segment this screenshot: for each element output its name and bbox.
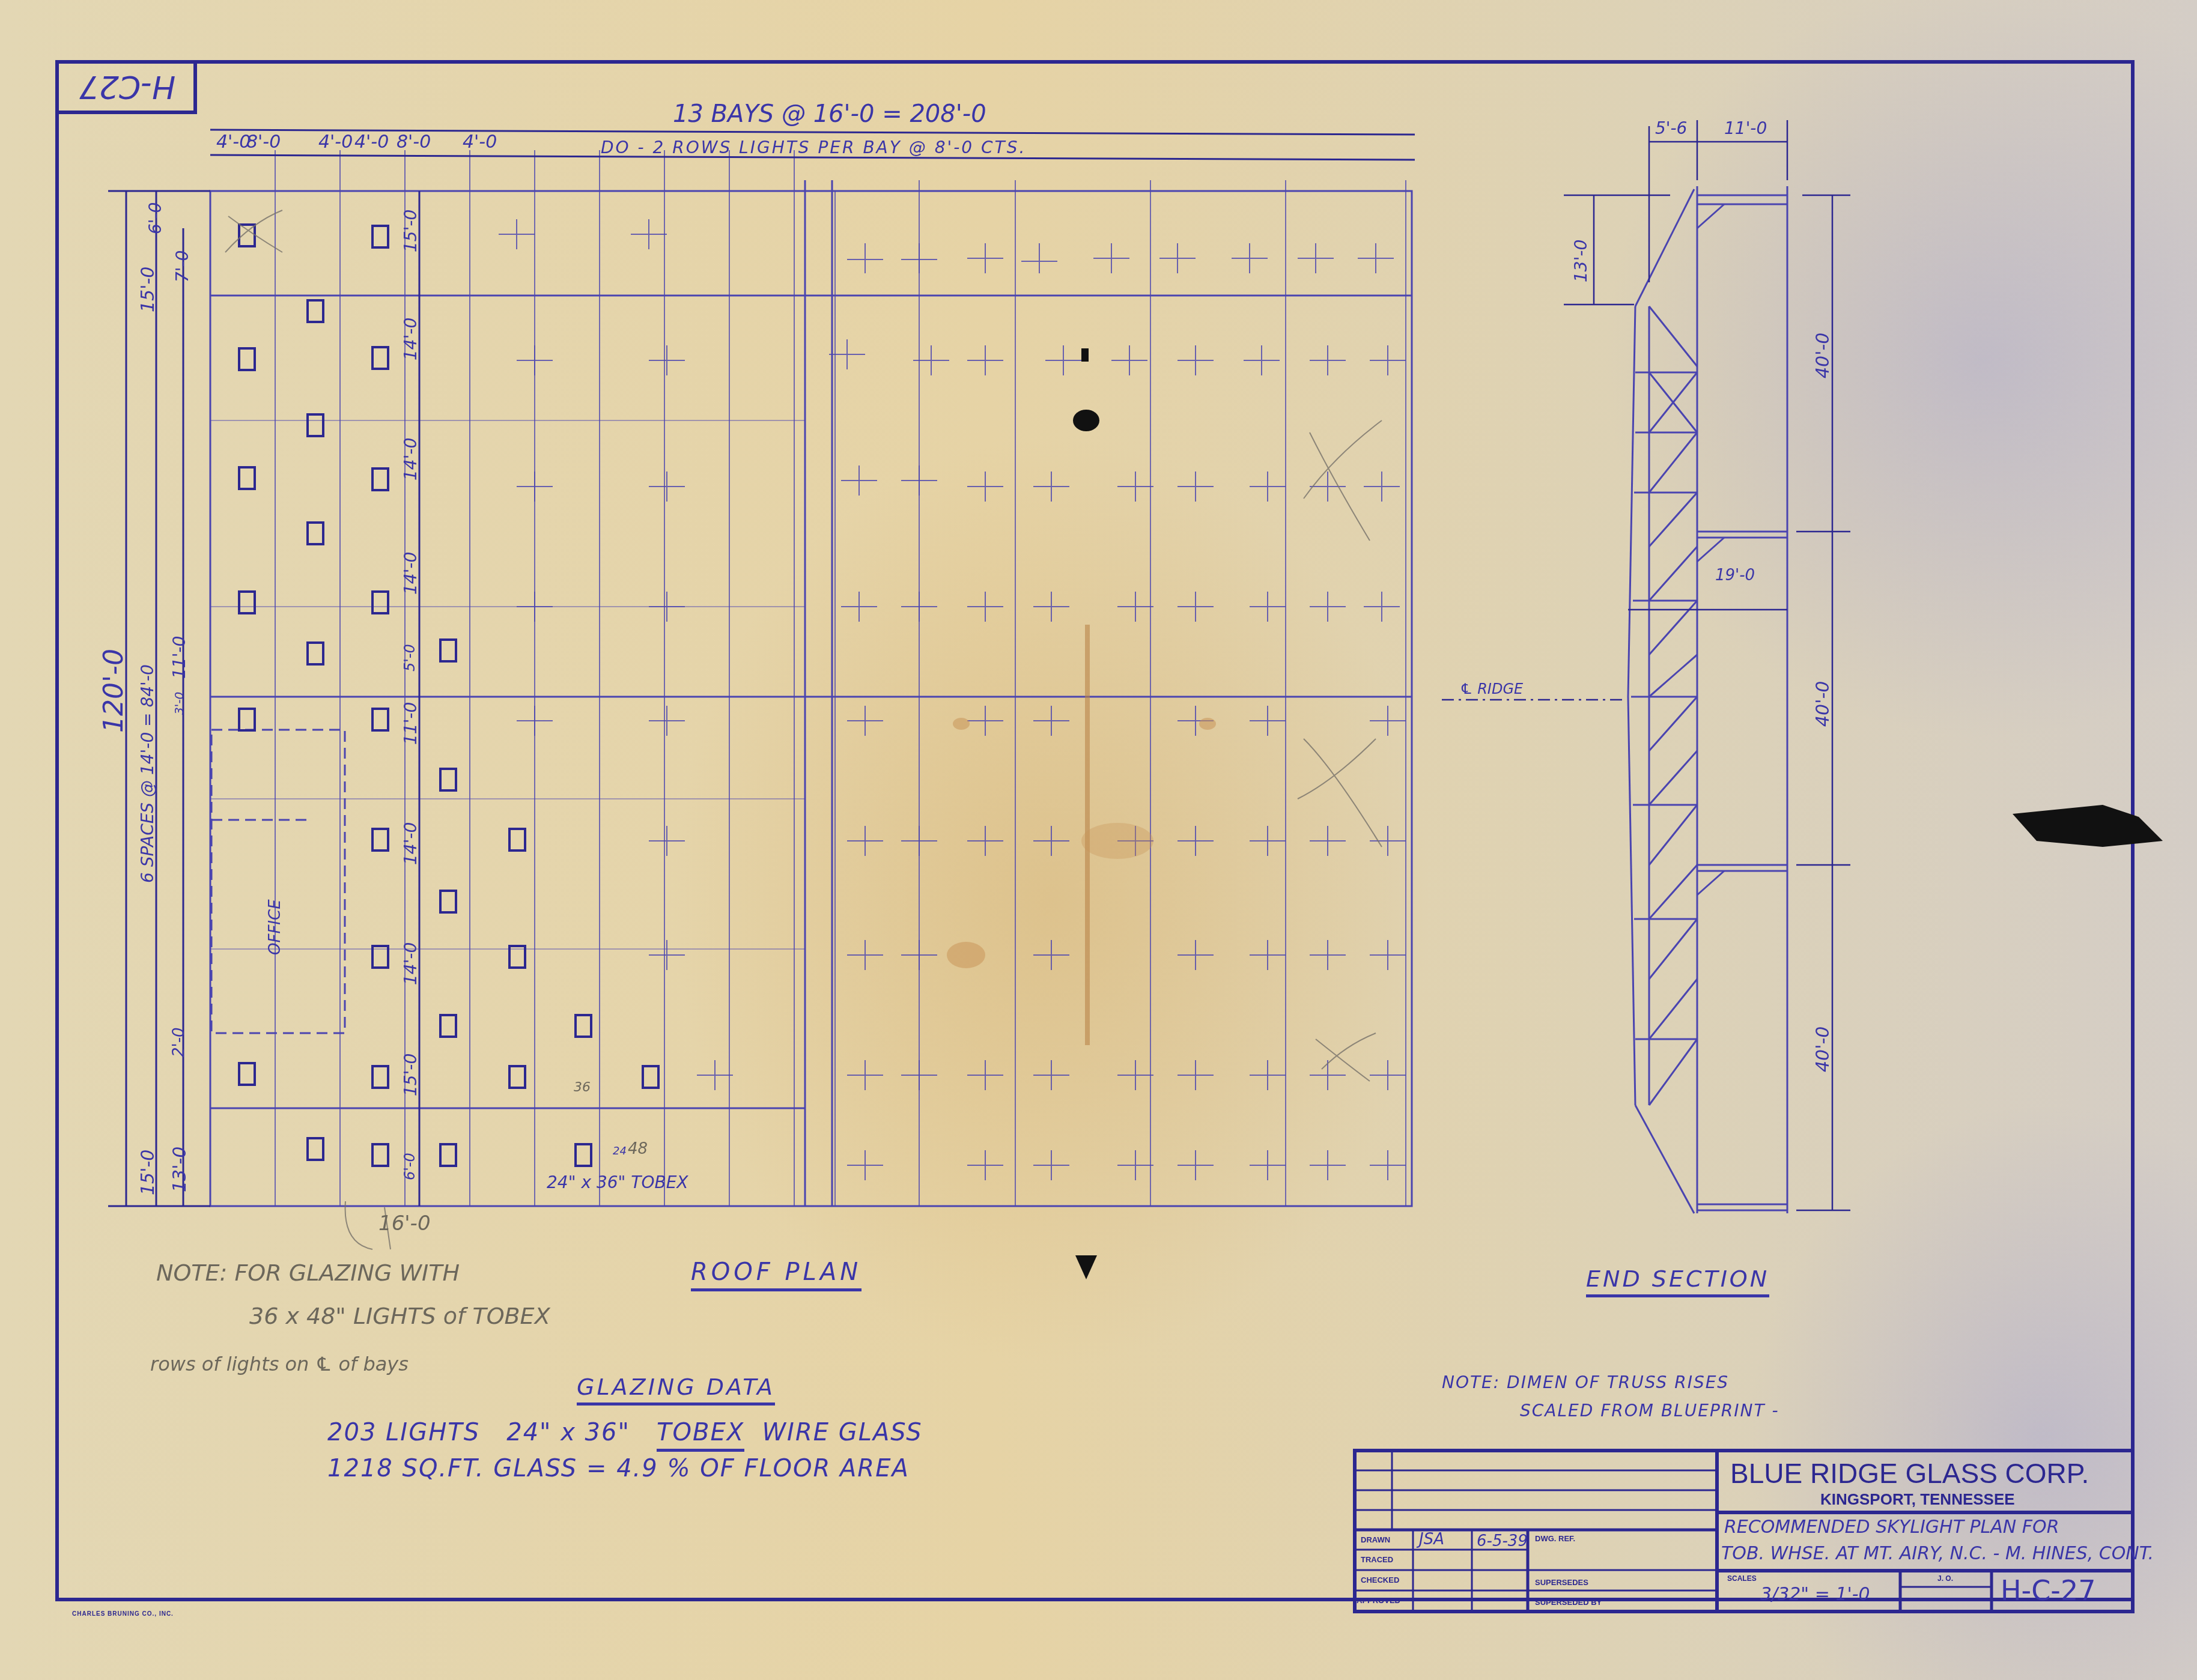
left-dim-15ft-top: 15'-0 <box>139 267 157 312</box>
drawing-description-line1: RECOMMENDED SKYLIGHT PLAN FOR <box>1724 1518 2059 1536</box>
glass-brand: TOBEX <box>657 1419 744 1452</box>
blueprint-sheet: H-C27 13 BAYS @ 16'-0 = 208'-0 4'-0 8'-0… <box>0 0 2197 1680</box>
left-dim-7ft: 7'-0 <box>174 250 191 282</box>
end-section-title: END SECTION <box>1586 1267 1769 1290</box>
drawn-date: 6-5-39 <box>1477 1533 1528 1549</box>
bay-subdim-5: 8'-0 <box>397 133 431 151</box>
pencil-strike-marks <box>225 210 1382 1249</box>
bay-subdim-2: 8'-0 <box>246 133 281 151</box>
overall-width-dimension: 13 BAYS @ 16'-0 = 208'-0 <box>673 102 986 126</box>
printer-credit: CHARLES BRUNING CO., INC. <box>72 1612 174 1618</box>
inner-dim-10: 6'-0 <box>403 1153 417 1180</box>
truss-note-line1: NOTE: DIMEN OF TRUSS RISES <box>1442 1374 1729 1391</box>
roof-plan-dimension-lines <box>108 130 1415 1206</box>
left-dim-13ft: 13'-0 <box>171 1147 189 1192</box>
office-label: OFFICE <box>267 899 283 955</box>
inner-dim-8: 14'-0 <box>403 942 419 985</box>
inner-dim-7: 14'-0 <box>403 822 419 865</box>
company-location: KINGSPORT, TENNESSEE <box>1820 1491 2015 1507</box>
end-section-truss <box>1628 186 1787 1213</box>
span-dim-3: 40'-0 <box>1814 1026 1832 1072</box>
drawn-label: DRAWN <box>1361 1536 1390 1544</box>
checked-label: CHECKED <box>1361 1576 1399 1584</box>
truss-rise-dim: 13'-0 <box>1573 240 1590 282</box>
spaces-dimension: 6 SPACES @ 14'-0 = 84'-0 <box>139 664 156 883</box>
drawing-number: H-C-27 <box>2001 1577 2095 1604</box>
tobex-callout: 24" x 36" TOBEX <box>547 1174 688 1191</box>
inner-dim-2: 14'-0 <box>403 318 419 360</box>
supersedes-label: SUPERSEDES <box>1535 1578 1588 1586</box>
truss-width-dim: 19'-0 <box>1715 568 1755 583</box>
span-dim-1: 40'-0 <box>1814 333 1832 378</box>
end-section-top-dim-2: 11'-0 <box>1724 120 1767 137</box>
callout-dim-48: 48 <box>628 1141 648 1157</box>
glass-type: WIRE GLASS <box>762 1419 923 1446</box>
glazing-data-line2: 1218 SQ.FT. GLASS = 4.9 % OF FLOOR AREA <box>327 1457 910 1481</box>
bay-width-pencil-dim: 16'-0 <box>378 1213 431 1234</box>
inner-dim-9: 15'-0 <box>403 1054 419 1096</box>
bay-subdim-1: 4'-0 <box>216 133 251 151</box>
company-name: BLUE RIDGE GLASS CORP. <box>1730 1460 2089 1487</box>
paper-damage <box>947 348 2163 1279</box>
pencil-note-line2: 36 x 48" LIGHTS of TOBEX <box>249 1305 550 1327</box>
truss-note-line2: SCALED FROM BLUEPRINT - <box>1520 1403 1779 1419</box>
overall-depth-dimension: 120'-0 <box>101 649 127 733</box>
left-dim-6ft: 6'-0 <box>147 202 164 234</box>
left-dim-11ft: 11'-0 <box>171 636 188 679</box>
left-dim-15ft-bottom: 15'-0 <box>139 1150 157 1195</box>
inner-dim-5: 5'-0 <box>403 644 417 672</box>
left-dim-3ft: 3'-0 <box>173 692 185 715</box>
callout-dim-24: 24 <box>613 1146 627 1157</box>
glazing-data-line1: 203 LIGHTS 24" x 36" TOBEX WIRE GLASS <box>327 1421 923 1445</box>
inner-dim-1: 15'-0 <box>403 210 419 252</box>
glazing-data-title: GLAZING DATA <box>577 1375 775 1398</box>
skylight-lights <box>239 225 658 1166</box>
roof-plan-title-text: ROOF PLAN <box>691 1258 861 1291</box>
glazing-data-title-text: GLAZING DATA <box>577 1374 775 1406</box>
inner-dim-3: 14'-0 <box>403 438 419 481</box>
bay-subdim-6: 4'-0 <box>463 133 497 151</box>
pencil-note-line1: NOTE: FOR GLAZING WITH <box>156 1261 460 1284</box>
job-order-label: J. O. <box>1937 1575 1953 1582</box>
roof-plan-title: ROOF PLAN <box>691 1260 861 1284</box>
corner-drawing-tag: H-C27 <box>67 71 187 102</box>
bay-subdim-4: 4'-0 <box>354 133 389 151</box>
end-section-title-text: END SECTION <box>1586 1266 1769 1297</box>
inner-dim-4: 14'-0 <box>403 552 419 595</box>
scales-label: SCALES <box>1727 1575 1757 1582</box>
bay-subdim-3: 4'-0 <box>318 133 353 151</box>
drawing-description-line2: TOB. WHSE. AT MT. AIRY, N.C. - M. HINES,… <box>1721 1545 2154 1563</box>
roof-plan-grid <box>210 150 1412 1206</box>
drawn-initials: JSA <box>1419 1532 1444 1547</box>
light-position-crosses <box>499 219 1406 1180</box>
dwg-ref-label: DWG. REF. <box>1535 1535 1575 1542</box>
approved-label: APPROVED <box>1357 1597 1400 1604</box>
scale-value: 3/32" = 1'-0 <box>1760 1586 1870 1604</box>
callout-dim-36: 36 <box>574 1081 591 1094</box>
light-size: 24" x 36" <box>506 1419 630 1446</box>
superseded-by-label: SUPERSEDED BY <box>1535 1598 1602 1606</box>
ridge-centerline-label: ℄ RIDGE <box>1460 682 1523 696</box>
light-count: 203 LIGHTS <box>327 1419 480 1446</box>
ditto-lights-note: DO - 2 ROWS LIGHTS PER BAY @ 8'-0 CTS. <box>601 139 1026 156</box>
traced-label: TRACED <box>1361 1556 1393 1563</box>
span-dim-2: 40'-0 <box>1814 681 1832 727</box>
pencil-note-line3: rows of lights on ℄ of bays <box>150 1354 409 1374</box>
left-dim-2ft: 2'-0 <box>171 1027 187 1057</box>
inner-dim-6: 11'-0 <box>403 702 419 745</box>
end-section-top-dim-1: 5'-6 <box>1655 120 1687 137</box>
